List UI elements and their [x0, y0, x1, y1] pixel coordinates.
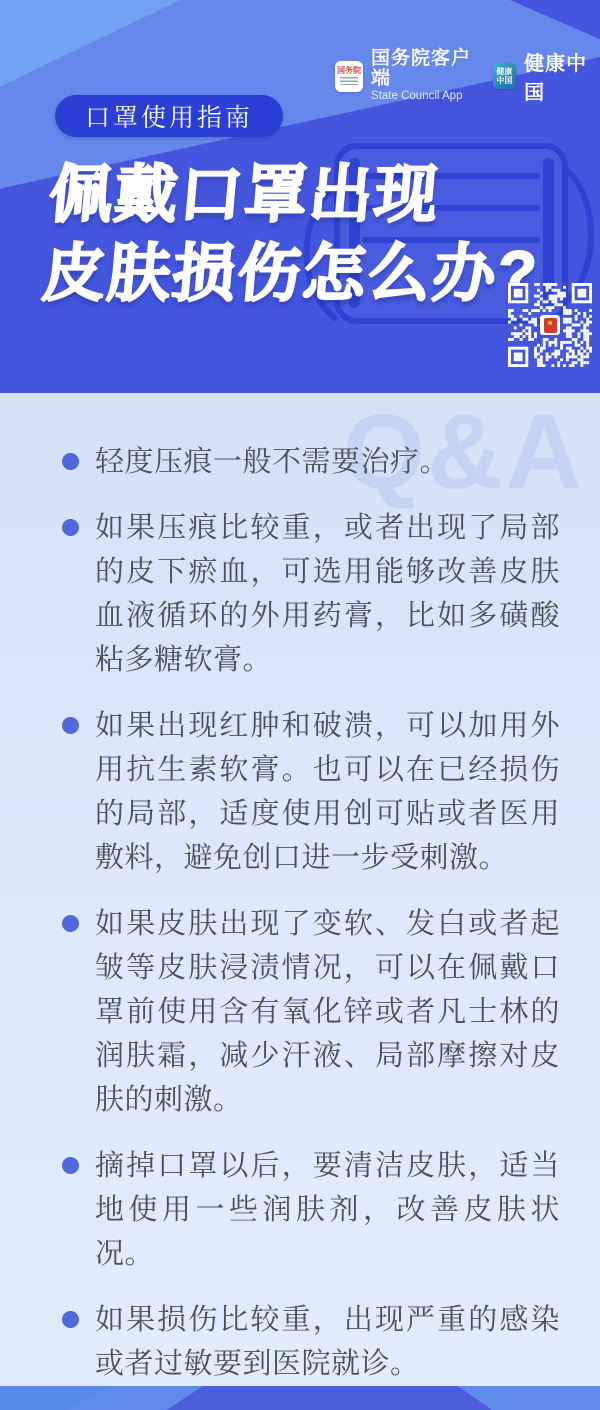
item-text: 如果皮肤出现了变软、发白或者起皱等皮肤浸渍情况，可以在佩戴口罩前使用含有氧化锌或… — [95, 902, 560, 1122]
qr-code — [508, 283, 592, 367]
list-item: 如果出现红肿和破溃，可以加用外用抗生素软膏。也可以在已经损伤的局部，适度使用创可… — [62, 704, 562, 880]
list-item: 如果损伤比较重，出现严重的感染或者过敏要到医院就诊。 — [62, 1298, 562, 1386]
state-council-text: 国务院客户端 State Council App — [371, 49, 480, 103]
bullet-dot — [62, 1157, 79, 1174]
state-council-icon-lines — [340, 77, 358, 85]
bullet-dot — [62, 1311, 79, 1328]
bullet-dot — [62, 717, 79, 734]
category-badge: 口罩使用指南 — [55, 95, 283, 137]
poster: 国务院 国务院客户端 State Council App 健康 中国 健康中国 … — [0, 0, 600, 1410]
advice-list: 轻度压痕一般不需要治疗。 如果压痕比较重，或者出现了局部的皮下瘀血，可选用能够改… — [62, 440, 562, 1386]
healthy-china-icon: 健康 中国 — [493, 63, 516, 89]
healthy-china-logo: 健康 中国 健康中国 — [493, 47, 600, 105]
page-title-line1: 佩戴口罩出现 — [46, 156, 548, 235]
item-text: 如果出现红肿和破溃，可以加用外用抗生素软膏。也可以在已经损伤的局部，适度使用创可… — [95, 704, 560, 880]
healthy-china-name: 健康中国 — [524, 47, 600, 105]
page-title: 佩戴口罩出现 皮肤损伤怎么办? — [39, 156, 548, 314]
item-text: 如果压痕比较重，或者出现了局部的皮下瘀血，可选用能够改善皮肤血液循环的外用药膏，… — [95, 506, 560, 682]
list-item: 如果皮肤出现了变软、发白或者起皱等皮肤浸渍情况，可以在佩戴口罩前使用含有氧化锌或… — [62, 902, 562, 1122]
logo-row: 国务院 国务院客户端 State Council App 健康 中国 健康中国 — [335, 47, 600, 105]
healthy-china-icon-line1: 健康 — [496, 67, 512, 76]
state-council-logo: 国务院 国务院客户端 State Council App — [335, 49, 480, 103]
state-council-name: 国务院客户端 — [371, 49, 480, 89]
state-council-subtitle: State Council App — [371, 89, 480, 103]
national-emblem-icon — [544, 318, 557, 333]
category-badge-label: 口罩使用指南 — [85, 98, 253, 134]
item-text: 如果损伤比较重，出现严重的感染或者过敏要到医院就诊。 — [95, 1298, 560, 1386]
page-title-line2: 皮肤损伤怎么办? — [39, 235, 541, 314]
bullet-dot — [62, 519, 79, 536]
list-item: 如果压痕比较重，或者出现了局部的皮下瘀血，可选用能够改善皮肤血液循环的外用药膏，… — [62, 506, 562, 682]
state-council-icon-label: 国务院 — [337, 67, 361, 75]
content-panel: Q&A 轻度压痕一般不需要治疗。 如果压痕比较重，或者出现了局部的皮下瘀血，可选… — [0, 393, 600, 1386]
list-item: 摘掉口罩以后，要清洁皮肤，适当地使用一些润肤剂，改善皮肤状况。 — [62, 1144, 562, 1276]
footer-stripe — [0, 1386, 600, 1410]
healthy-china-icon-line2: 中国 — [496, 76, 512, 85]
state-council-app-icon: 国务院 — [335, 61, 363, 92]
bullet-dot — [62, 915, 79, 932]
item-text: 摘掉口罩以后，要清洁皮肤，适当地使用一些润肤剂，改善皮肤状况。 — [95, 1144, 560, 1276]
bullet-dot — [62, 453, 79, 470]
list-item: 轻度压痕一般不需要治疗。 — [62, 440, 562, 484]
qr-center-emblem — [540, 315, 560, 335]
item-text: 轻度压痕一般不需要治疗。 — [95, 440, 560, 484]
header: 国务院 国务院客户端 State Council App 健康 中国 健康中国 … — [0, 0, 600, 393]
